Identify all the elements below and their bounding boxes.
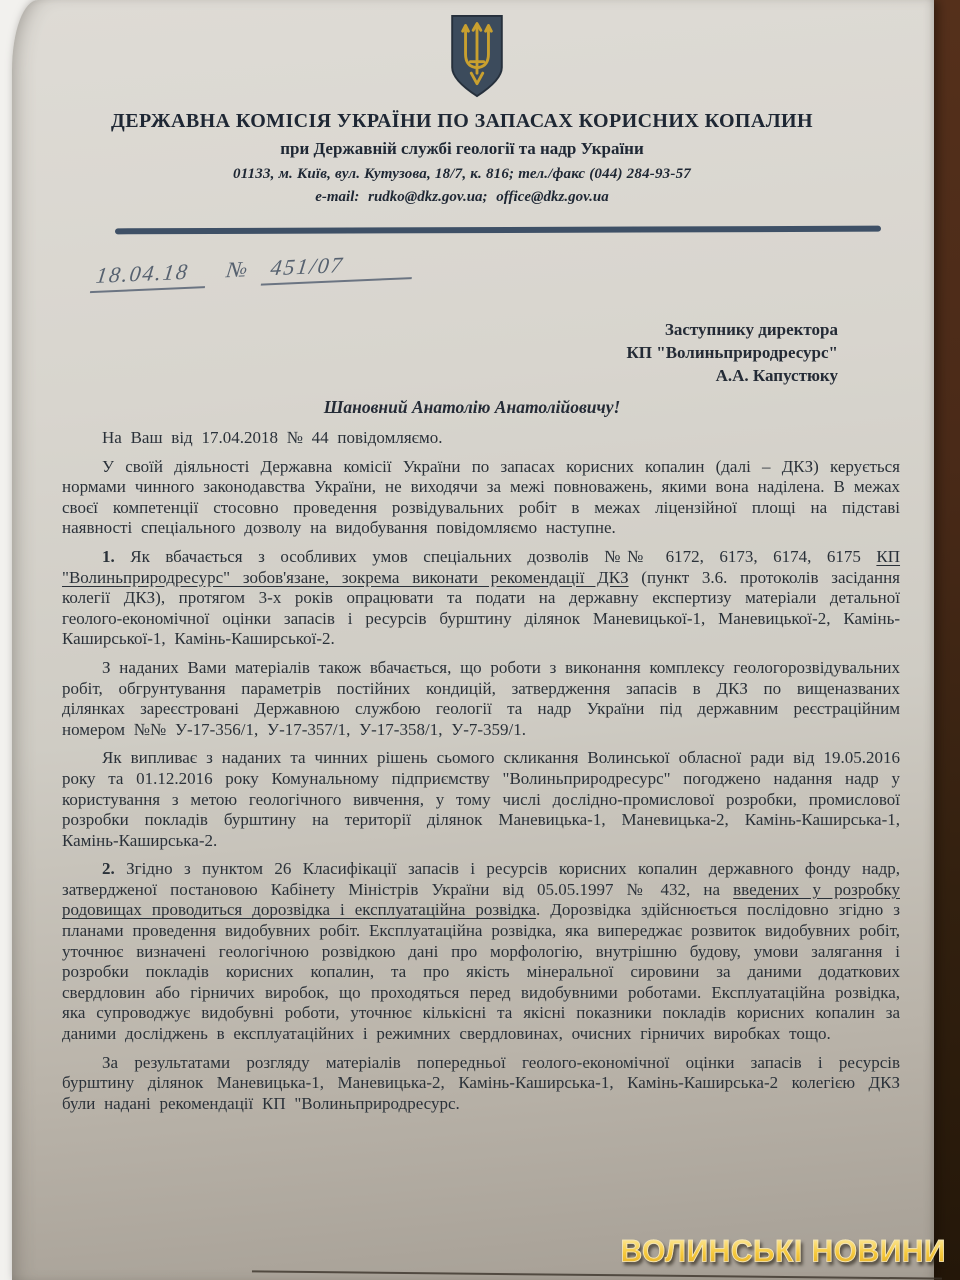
document-paper: ДЕРЖАВНА КОМІСІЯ УКРАЇНИ ПО ЗАПАСАХ КОРИ…: [12, 0, 934, 1280]
org-email: e-mail: rudko@dkz.gov.ua; office@dkz.gov…: [42, 189, 882, 206]
handwritten-outgoing-number: 451/07: [260, 249, 415, 286]
recipient-line: КП "Волиньприродресурс": [626, 341, 838, 364]
recipient-line: А.А. Капустюку: [626, 364, 838, 387]
reference-number-handwritten: 18.04.18 № 451/07: [90, 249, 415, 289]
watermark-volynski-novyny: ВОЛИНСЬКІ НОВИНИ: [621, 1234, 946, 1270]
recipient-line: Заступнику директора: [626, 318, 838, 341]
org-subtitle: при Державній службі геології та надр Ук…: [42, 139, 882, 159]
org-name: ДЕРЖАВНА КОМІСІЯ УКРАЇНИ ПО ЗАПАСАХ КОРИ…: [42, 110, 882, 133]
body-paragraph: Як випливає з наданих та чинних рішень с…: [62, 748, 900, 851]
body-paragraph: У своїй діяльності Державна комісії Укра…: [62, 457, 900, 539]
letterhead: ДЕРЖАВНА КОМІСІЯ УКРАЇНИ ПО ЗАПАСАХ КОРИ…: [42, 110, 882, 206]
handwritten-date: 18.04.18: [90, 258, 209, 293]
recipient-block: Заступнику директора КП "Волиньприродрес…: [626, 318, 838, 387]
body-paragraph: 2. Згідно з пунктом 26 Класифікації запа…: [62, 859, 900, 1044]
table-surface: [932, 0, 960, 1280]
body-paragraph: 1. Як вбачається з особливих умов спеціа…: [62, 547, 900, 650]
header-divider: [115, 226, 881, 235]
org-address: 01133, м. Київ, вул. Кутузова, 18/7, к. …: [42, 166, 882, 183]
body-paragraph: З наданих Вами матеріалів також вбачаєть…: [62, 658, 900, 740]
ukraine-coat-of-arms-icon: [448, 14, 506, 98]
body-paragraph: За результатами розгляду матеріалів попе…: [62, 1053, 900, 1115]
body-paragraphs: На Ваш від 17.04.2018 № 44 повідомляємо.…: [62, 428, 900, 1122]
body-paragraph: На Ваш від 17.04.2018 № 44 повідомляємо.: [62, 428, 900, 449]
salutation: Шановний Анатолію Анатолійовичу!: [52, 397, 892, 418]
photo-of-document: ДЕРЖАВНА КОМІСІЯ УКРАЇНИ ПО ЗАПАСАХ КОРИ…: [0, 0, 960, 1280]
number-sign: №: [225, 256, 249, 282]
